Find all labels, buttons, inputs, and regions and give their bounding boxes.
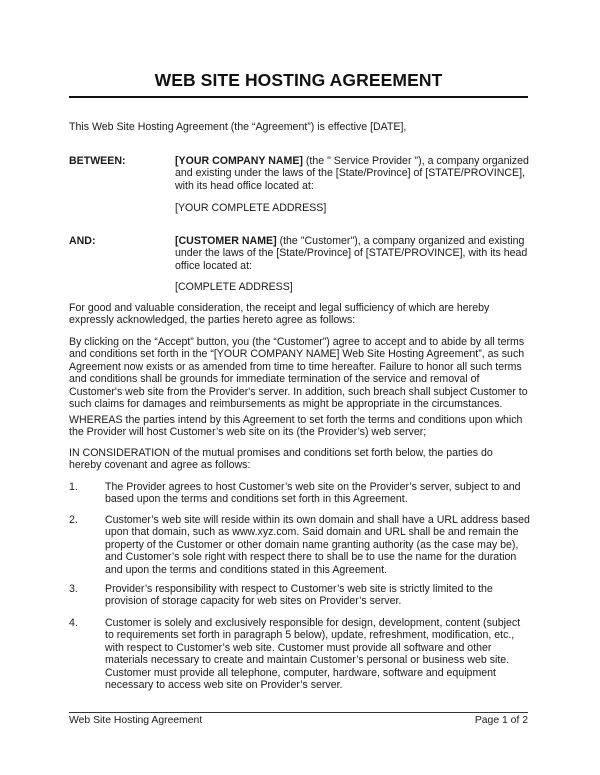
footer-document-name: Web Site Hosting Agreement	[69, 715, 202, 727]
footer-divider	[69, 712, 528, 713]
party-name-provider: [YOUR COMPANY NAME]	[175, 155, 303, 167]
document-page: WEB SITE HOSTING AGREEMENT This Web Site…	[69, 0, 528, 775]
party-label-and: AND:	[69, 235, 95, 247]
footer-page-number: Page 1 of 2	[475, 715, 528, 727]
document-title: WEB SITE HOSTING AGREEMENT	[69, 70, 528, 90]
party-address-provider: [YOUR COMPLETE ADDRESS]	[175, 202, 530, 214]
clause-number-3: 3.	[69, 583, 78, 595]
clause-text-2: Customer’s web site will reside within i…	[105, 514, 530, 576]
acceptance-paragraph: By clicking on the “Accept” button, you …	[69, 336, 528, 410]
clause-text-3: Provider’s responsibility with respect t…	[105, 583, 530, 608]
party-address-customer: [COMPLETE ADDRESS]	[175, 281, 530, 293]
clause-text-1: The Provider agrees to host Customer’s w…	[105, 481, 530, 506]
party-label-between: BETWEEN:	[69, 155, 126, 167]
title-divider	[69, 96, 528, 98]
intro-paragraph: This Web Site Hosting Agreement (the “Ag…	[69, 121, 528, 133]
whereas-paragraph: WHEREAS the parties intend by this Agree…	[69, 414, 528, 439]
party-description-provider: [YOUR COMPANY NAME] (the " Service Provi…	[175, 155, 530, 192]
clause-number-1: 1.	[69, 481, 78, 493]
party-description-customer: [CUSTOMER NAME] (the "Customer"), a comp…	[175, 235, 530, 272]
consideration-paragraph: For good and valuable consideration, the…	[69, 302, 528, 327]
clause-text-4: Customer is solely and exclusively respo…	[105, 617, 530, 691]
in-consideration-paragraph: IN CONSIDERATION of the mutual promises …	[69, 447, 528, 472]
clause-number-2: 2.	[69, 514, 78, 526]
clause-number-4: 4.	[69, 617, 78, 629]
party-name-customer: [CUSTOMER NAME]	[175, 235, 277, 247]
